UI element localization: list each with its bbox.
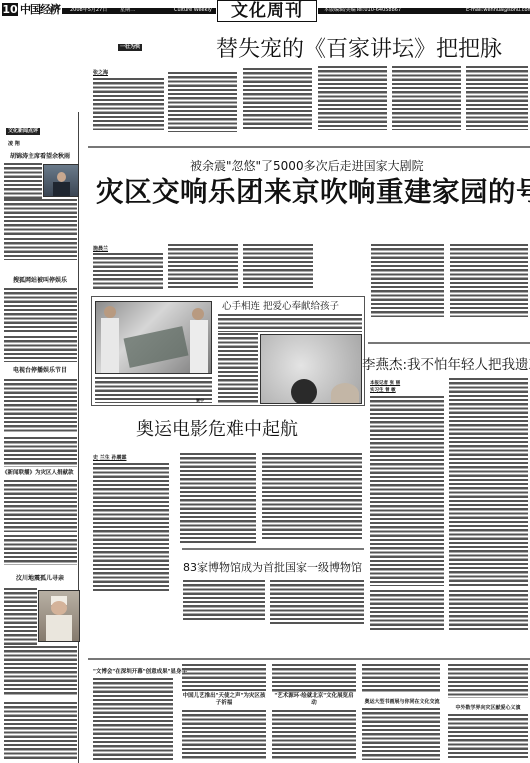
brief-headline-4: 《新闻联播》为灾区人捐献款 [2,469,78,477]
section-rule-4 [88,658,530,660]
brief-body-2: 搜狐网站为表示哀悼暂停娱乐频道…… [4,288,77,332]
section-rule-1 [88,146,530,148]
news-photo-1 [43,164,79,197]
feature-headline: 心手相连 把爱心奉献给孩子 [222,301,339,313]
article-1-col-5 [392,66,461,130]
child-shirt [46,615,72,642]
article-2-headline: 灾区交响乐团来京吹响重建家园的号角 [96,176,530,208]
article-1-headline: 替失宠的《百家讲坛》把把脉 [216,36,502,64]
article-4-col-2 [180,453,256,543]
child-right [331,383,359,404]
article-1-col-1 [93,78,164,130]
article-2-author: 施晨兰 [93,246,108,252]
article-3-col-2-end [449,590,528,630]
left-section-tag: 文化新闻点评 [6,128,40,135]
article-2-col-2 [168,244,238,290]
issue-date: 2008年5月27日 [70,7,107,14]
brief-bottom-1-body: 本报讯（记者吴田）首届深圳文化产业博览交易会…… [93,678,173,760]
top-bar-right: 本版编辑/美编 Tel:010-64058867 E-mail:wenhua@s… [318,8,530,14]
article-3-col-2 [449,378,528,586]
section-title: 文化周刊 [217,0,317,22]
brief-bottom-4-body: 本报讯（记者刘琳）由北京市…… [362,708,440,760]
feature-caption: 5月22日，在国家大剧院举行的心手相连募捐活动中…… [95,377,212,403]
left-column-divider [78,112,79,763]
article-2-col-1 [93,253,163,289]
brief-bottom-4-lead-in [362,664,440,692]
article-3-col-1-end [370,590,444,630]
article-2-col-5 [450,244,528,317]
article-5-col-1: 本报讯（记者李文）5月18日是国际博物馆日…… [183,580,265,622]
article-5-headline: 83家博物馆成为首批国家一级博物馆 [183,560,362,575]
brief-headline-1: 胡锦涛主席看望余秋雨 [4,153,76,161]
child-hair [291,379,317,404]
brief-body-1a: 5月14日中午，中央电视台新闻播报湖北省委宣传部门已开始组织赴灾区…… [4,163,42,199]
article-3-author-2: 实习生 曾 敏 [370,388,396,394]
brief-comment-4 [4,535,77,565]
brief-body-1b [4,199,77,237]
brief-headline-2: 搜狐网站被叫停娱乐 [4,277,76,285]
phone: Tel:010-64058867 [356,7,401,14]
article-5-col-2 [270,580,364,624]
article-4-author: 史 兰生 孙震霖 [93,455,126,461]
person-right-body [190,320,208,374]
article-1-col-6 [466,66,528,130]
article-2-col-3 [243,244,313,290]
brief-bottom-3-body: 本报讯（记者张大）以"艺术源环·绘就北京"为主题…… [272,710,356,760]
editor-info: 本版编辑/美编 [324,7,356,14]
painting [124,326,189,368]
person-head [57,172,66,182]
brief-body-5a: 在地震废墟中救出的孩子…… [4,588,37,646]
article-1-col-3 [243,68,312,130]
article-2-col-4 [371,244,444,317]
person-left-body [101,318,119,374]
top-bar-left: 2008年5月27日 星期二 Culture Weekly [62,8,216,14]
brief-bottom-1-headline: "文博会"在深圳开幕"创意成果"显身手 [93,668,173,676]
brief-bottom-5-headline: 中外数学界向灾区献爱心义演 [448,704,528,712]
article-4-headline: 奥运电影危难中起航 [136,418,298,442]
person-body [53,182,70,197]
email: E-mail:wenhua@sohu.com [466,7,530,14]
news-photo-5 [38,590,80,642]
brief-body-5b [4,646,77,696]
brief-bottom-3-lead-in [272,664,356,692]
brief-comment-1 [4,238,77,260]
page-number: 10 [2,3,18,16]
brief-comment-2 [4,336,77,362]
brief-bottom-5-body: 本报讯（记者吴珊）5月20日晚…… [448,714,528,760]
weekday: 星期二 [120,7,135,14]
brief-comment-3 [4,437,77,467]
brief-comment-5 [4,702,77,760]
article-4-col-1 [93,463,169,591]
brief-bottom-3-headline: "艺术源环·绘就北京"文化展览启动 [272,693,356,707]
article-4-col-3 [262,453,362,540]
brief-bottom-5-lead-in [448,664,528,698]
person-left-head [104,306,116,318]
article-3-col-1 [370,396,444,586]
feature-body-left [218,333,258,403]
article-3-headline: 李燕杰:我不怕年轻人把我遗忘 [362,356,530,374]
brief-body-4: 本报讯 据新闻联播报道…… [4,480,77,532]
article-3-author: 本报记者 张 丽 [370,381,400,387]
article-1-author: 张之海 [93,70,108,76]
feature-photo-kids [260,334,362,404]
article-2-kicker: 被余震"忽悠"了5000多次后走进国家大剧院 [190,158,424,174]
feature-body-top [218,314,362,332]
decorative-slashes: //// [50,4,59,15]
section-rule-3 [182,548,364,550]
section-en: Culture Weekly [174,7,212,14]
feature-photo-main [95,301,212,374]
feature-credit: 贾宁 [196,398,204,403]
section-rule-2 [368,342,530,344]
brief-bottom-2-headline: 中国儿艺推出"天使之声"为灾区孩子祈福 [182,693,266,707]
brief-bottom-2-lead-in [182,664,266,691]
child-face [51,601,67,615]
brief-headline-3: 电视台停播娱乐节目 [4,367,76,375]
brief-body-3: 国内主要电视台暂停娱乐节目…… [4,379,77,433]
column-tag: 一壮为快 [118,44,142,51]
person-right-head [192,308,204,320]
brief-bottom-2-body: 本报讯（记者吴丽）中国儿童艺术剧院…… [182,710,266,760]
left-author: 凌 翔 [8,141,20,147]
article-1-col-4 [318,66,387,130]
brief-bottom-4-headline: 奥运大型书画展与你同在文化交流 [362,698,442,706]
brief-headline-5: 汶川地震孤儿寻亲 [4,575,76,583]
article-1-col-2 [168,72,237,132]
